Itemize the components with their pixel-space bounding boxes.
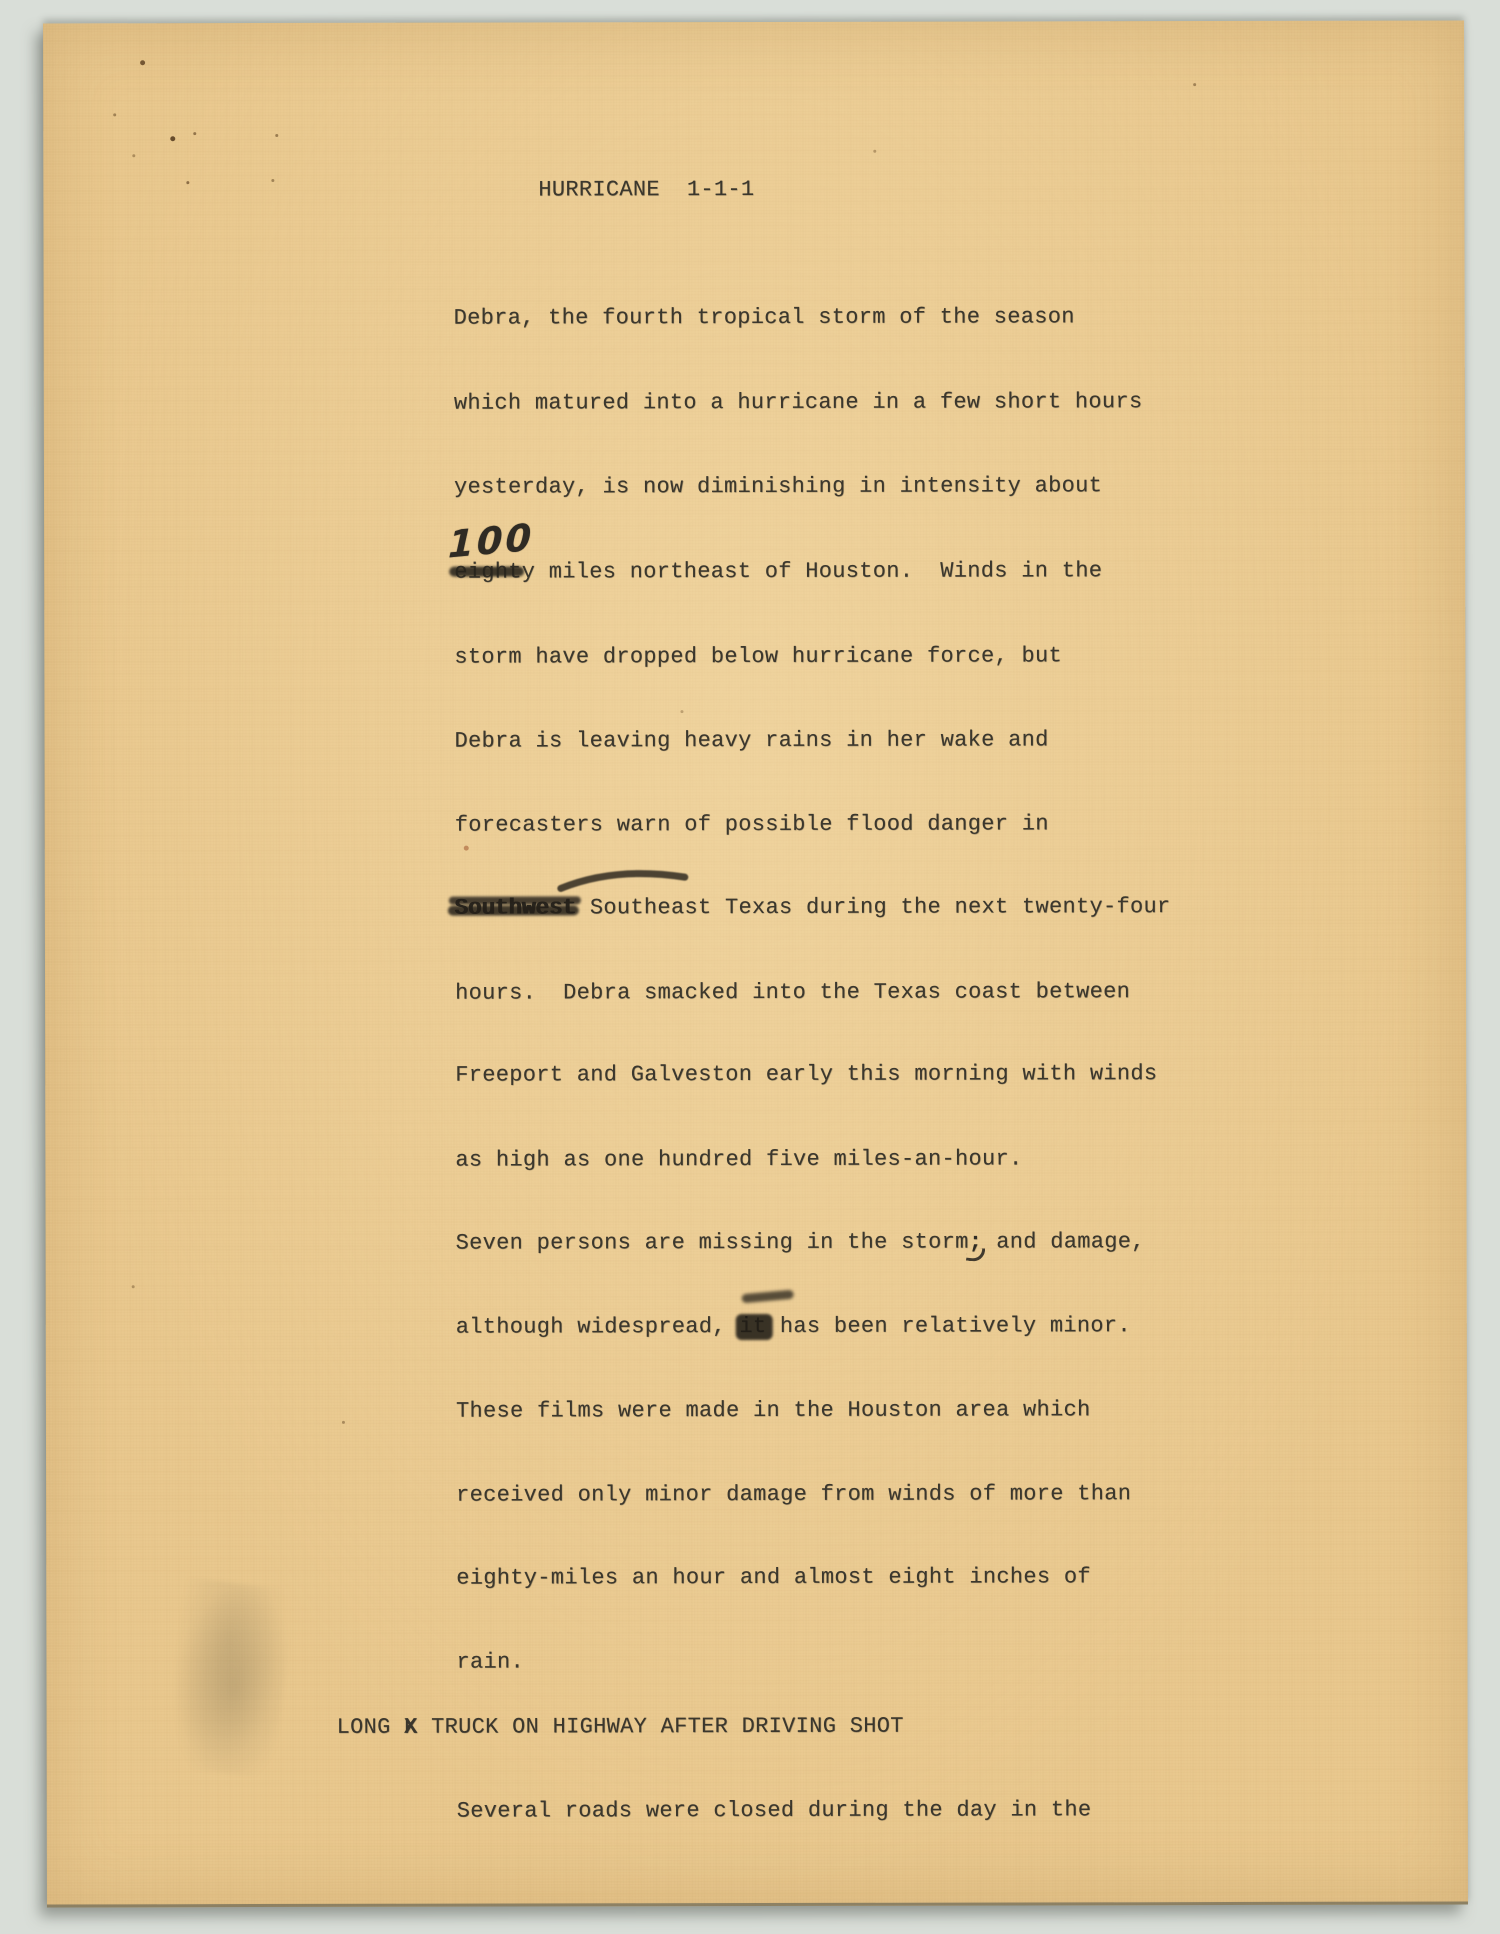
typed-text: and damage,: [983, 1229, 1145, 1254]
typed-line: hours. Debra smacked into the Texas coas…: [455, 977, 1130, 1008]
scanned-document-page: HURRICANE 1-1-1 Debra, the fourth tropic…: [0, 0, 1500, 1934]
typed-line-with-insert-mark: Seven persons are missing in the storm; …: [456, 1227, 1145, 1258]
typed-line: storm have dropped below hurricane force…: [454, 641, 1062, 672]
pencil-smudge: [164, 1577, 296, 1779]
typed-line: yesterday, is now diminishing in intensi…: [454, 471, 1102, 502]
slug-text: TRUCK ON HIGHWAY AFTER DRIVING SHOT: [418, 1714, 904, 1740]
typed-text: miles northeast of Houston. Winds in the: [535, 558, 1102, 584]
typed-line-with-blot: although widespread, it has been relativ…: [456, 1311, 1131, 1342]
paper-speckles: [43, 23, 46, 26]
typed-line: Several roads were closed during the day…: [457, 1795, 1092, 1826]
blotted-word-southwest: Southwest: [455, 893, 577, 923]
slug-text: LONG: [337, 1715, 405, 1740]
typed-line-with-blot: Southwest Southeast Texas during the nex…: [455, 892, 1171, 923]
typed-line-with-strikeout: eighty miles northeast of Houston. Winds…: [454, 556, 1102, 587]
typed-line: received only minor damage from winds of…: [456, 1479, 1131, 1510]
typed-line: Debra is leaving heavy rains in her wake…: [455, 725, 1049, 756]
typed-line: eighty-miles an hour and almost eight in…: [456, 1562, 1091, 1593]
typed-line: These films were made in the Houston are…: [456, 1395, 1091, 1426]
typed-text: has been relatively minor.: [766, 1313, 1131, 1339]
typed-line: rain.: [456, 1647, 524, 1677]
page-title: HURRICANE 1-1-1: [538, 175, 754, 205]
typed-line: as high as one hundred five miles-an-hou…: [455, 1144, 1022, 1175]
typed-text: Seven persons are missing in the storm: [456, 1230, 969, 1256]
typed-text: Southeast Texas during the next twenty-f…: [576, 894, 1170, 920]
overstrike-over-char: X: [404, 1713, 418, 1743]
blotted-word: it: [739, 1312, 766, 1342]
typed-line: which matured into a hurricane in a few …: [454, 387, 1143, 418]
handwritten-semicolon-mark: ;: [969, 1228, 983, 1258]
typed-text: although widespread,: [456, 1314, 740, 1340]
scene-direction-line: LONG KX TRUCK ON HIGHWAY AFTER DRIVING S…: [337, 1712, 904, 1743]
typed-line: forecasters warn of possible flood dange…: [455, 809, 1049, 840]
struck-word-eighty: eighty: [454, 557, 535, 587]
pen-swoosh-mark: [557, 864, 691, 894]
typed-line: Debra, the fourth tropical storm of the …: [454, 302, 1075, 333]
overstruck-character: KX: [404, 1713, 418, 1743]
typed-line: Freeport and Galveston early this mornin…: [455, 1059, 1157, 1090]
typewritten-paper-sheet: HURRICANE 1-1-1 Debra, the fourth tropic…: [43, 21, 1468, 1908]
